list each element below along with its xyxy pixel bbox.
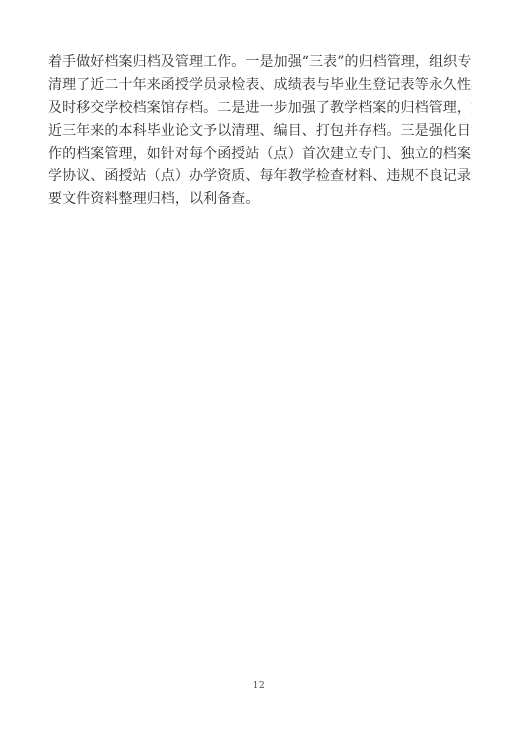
paragraph-line: 近三年来的本科毕业论文予以清理、编目、打包并存档。三是强化日常管理工 [48, 120, 472, 143]
paragraph-line: 清理了近二十年来函授学员录检表、成绩表与毕业生登记表等永久性档案，并 [48, 74, 472, 97]
page-number: 12 [0, 680, 518, 692]
paragraph-line: 学协议、函授站（点）办学资质、每年教学检查材料、违规不良记录等相关重 [48, 165, 472, 188]
paragraph-line: 着手做好档案归档及管理工作。一是加强“三表”的归档管理，组织专人重点 [48, 51, 472, 74]
document-page: 着手做好档案归档及管理工作。一是加强“三表”的归档管理，组织专人重点 清理了近二… [0, 0, 518, 734]
body-paragraph: 着手做好档案归档及管理工作。一是加强“三表”的归档管理，组织专人重点 清理了近二… [48, 51, 472, 211]
paragraph-line: 要文件资料整理归档，以利备查。 [48, 188, 472, 211]
paragraph-line: 及时移交学校档案馆存档。二是进一步加强了教学档案的归档管理，如学院将 [48, 97, 472, 120]
paragraph-line: 作的档案管理，如针对每个函授站（点）首次建立专门、独立的档案盒，将办 [48, 143, 472, 166]
